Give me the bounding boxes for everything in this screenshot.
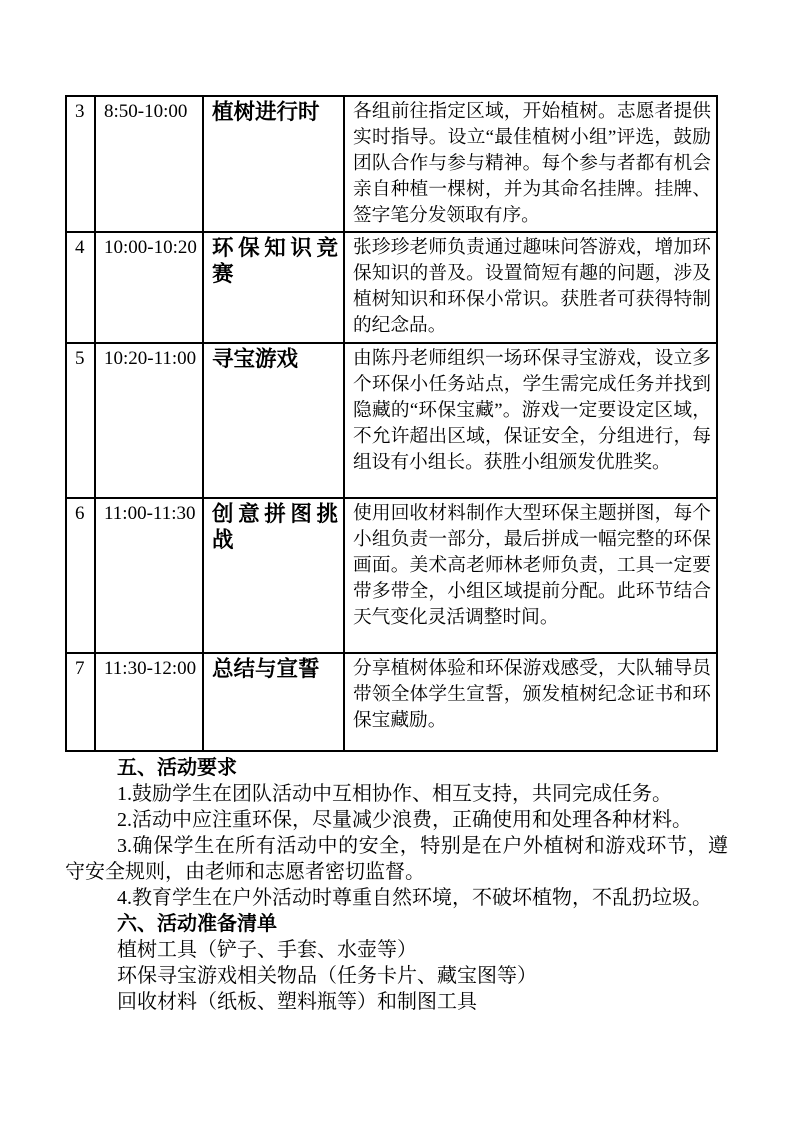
- table-row: 5 10:20-11:00 寻宝游戏 由陈丹老师组织一场环保寻宝游戏，设立多个环…: [66, 343, 717, 498]
- section-heading-requirements: 五、活动要求: [65, 755, 728, 781]
- row-description-cell: 张珍珍老师负责通过趣味问答游戏，增加环保知识的普及。设置简短有趣的问题，涉及植树…: [344, 232, 717, 343]
- row-activity-cell: 总结与宣誓: [203, 653, 344, 751]
- row-number-cell: 5: [66, 343, 95, 498]
- row-number-cell: 3: [66, 96, 95, 232]
- row-time-cell: 11:00-11:30: [95, 498, 203, 653]
- row-time-cell: 10:20-11:00: [95, 343, 203, 498]
- table-row: 7 11:30-12:00 总结与宣誓 分享植树体验和环保游戏感受，大队辅导员带…: [66, 653, 717, 751]
- section-heading-checklist: 六、活动准备清单: [65, 911, 728, 937]
- row-description-cell: 由陈丹老师组织一场环保寻宝游戏，设立多个环保小任务站点，学生需完成任务并找到隐藏…: [344, 343, 717, 498]
- document-body-text: 五、活动要求 1.鼓励学生在团队活动中互相协作、相互支持，共同完成任务。 2.活…: [65, 755, 728, 1015]
- row-time-cell: 11:30-12:00: [95, 653, 203, 751]
- row-number-cell: 7: [66, 653, 95, 751]
- row-time-cell: 10:00-10:20: [95, 232, 203, 343]
- row-number-cell: 6: [66, 498, 95, 653]
- row-description-cell: 各组前往指定区域，开始植树。志愿者提供实时指导。设立“最佳植树小组”评选，鼓励团…: [344, 96, 717, 232]
- table-row: 6 11:00-11:30 创意拼图挑战 使用回收材料制作大型环保主题拼图，每个…: [66, 498, 717, 653]
- document-page: 3 8:50-10:00 植树进行时 各组前往指定区域，开始植树。志愿者提供实时…: [0, 0, 793, 1122]
- row-activity-cell: 植树进行时: [203, 96, 344, 232]
- row-activity-cell: 寻宝游戏: [203, 343, 344, 498]
- row-activity-cell: 创意拼图挑战: [203, 498, 344, 653]
- schedule-table: 3 8:50-10:00 植树进行时 各组前往指定区域，开始植树。志愿者提供实时…: [65, 95, 718, 752]
- requirement-item: 1.鼓励学生在团队活动中互相协作、相互支持，共同完成任务。: [65, 781, 728, 807]
- requirement-item: 4.教育学生在户外活动时尊重自然环境，不破坏植物，不乱扔垃圾。: [65, 885, 728, 911]
- row-description-cell: 使用回收材料制作大型环保主题拼图，每个小组负责一部分，最后拼成一幅完整的环保画面…: [344, 498, 717, 653]
- row-activity-cell: 环保知识竞赛: [203, 232, 344, 343]
- requirement-item: 2.活动中应注重环保，尽量减少浪费，正确使用和处理各种材料。: [65, 807, 728, 833]
- checklist-item: 回收材料（纸板、塑料瓶等）和制图工具: [65, 989, 728, 1015]
- row-number-cell: 4: [66, 232, 95, 343]
- table-row: 4 10:00-10:20 环保知识竞赛 张珍珍老师负责通过趣味问答游戏，增加环…: [66, 232, 717, 343]
- row-time-cell: 8:50-10:00: [95, 96, 203, 232]
- table-row: 3 8:50-10:00 植树进行时 各组前往指定区域，开始植树。志愿者提供实时…: [66, 96, 717, 232]
- requirement-item: 3.确保学生在所有活动中的安全，特别是在户外植树和游戏环节，遵守安全规则，由老师…: [65, 833, 728, 885]
- checklist-item: 植树工具（铲子、手套、水壶等）: [65, 937, 728, 963]
- row-description-cell: 分享植树体验和环保游戏感受，大队辅导员带领全体学生宣誓，颁发植树纪念证书和环保宝…: [344, 653, 717, 751]
- checklist-item: 环保寻宝游戏相关物品（任务卡片、藏宝图等）: [65, 963, 728, 989]
